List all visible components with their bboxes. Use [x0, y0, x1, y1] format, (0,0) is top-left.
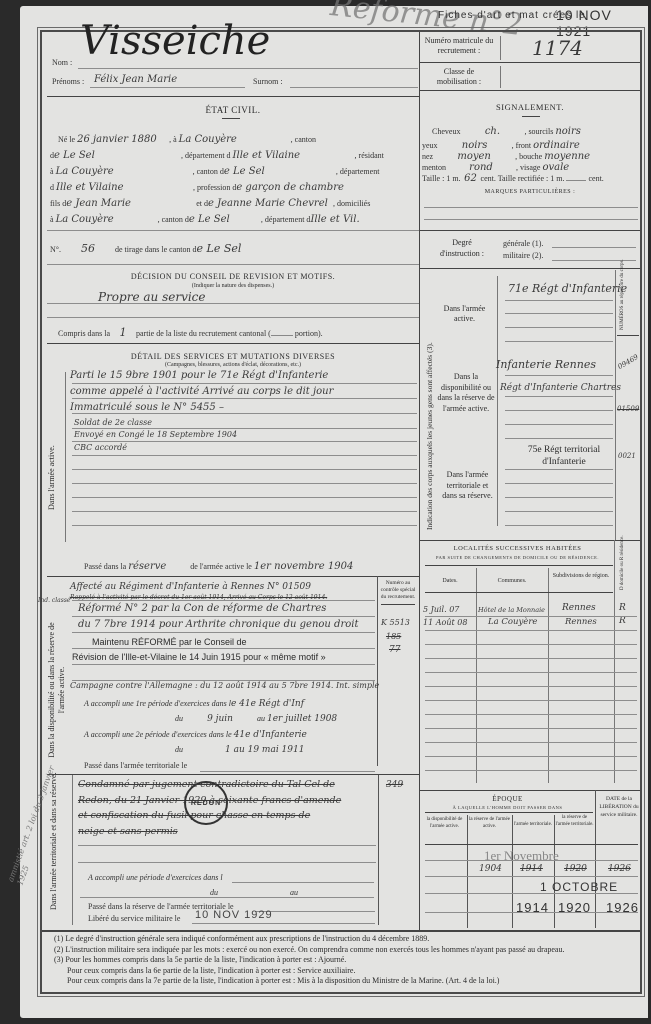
tirage-number: 56	[63, 242, 113, 255]
etat-civil-line-1: Né le 26 janvier 1880 , à La Couyère , c…	[58, 134, 316, 145]
localite-commune: La Couyère	[488, 617, 537, 627]
prenoms-value: Félix Jean Marie	[94, 74, 177, 85]
corps-side-label: Indication des corps auxquels les jeunes…	[425, 270, 434, 530]
periode1-dates: du 9 juin au 1er juillet 1908	[175, 714, 337, 724]
periode3-line: A accompli une période d'exercices dans …	[88, 873, 223, 882]
localites-col-communes: Communes.	[477, 578, 547, 584]
active-line: Immatriculé sous le N° 5455 –	[70, 402, 224, 413]
compris-line: Compris dans la 1 partie de la liste du …	[58, 326, 323, 339]
etat-civil-line-4: d Ille et Vilaine , profession de garçon…	[50, 182, 344, 193]
parents-domicile: La Couyère	[56, 214, 156, 225]
epoque-title: ÉPOQUE	[420, 795, 595, 803]
nom-label: Nom :	[52, 58, 72, 67]
epoque-row1-reserve-territoriale: 1920	[564, 864, 587, 874]
tirage-canton: e Le Sel	[197, 242, 242, 255]
epoque-col: la réserve de l'armée active.	[468, 817, 511, 830]
marques-label: MARQUES PARTICULIÈRES :	[420, 189, 640, 195]
taille-line: Taille : 1 m. 62 cent. Taille rectifiée …	[422, 173, 604, 184]
etat-civil-line-6: à La Couyère , canton de Le Sel , départ…	[50, 214, 360, 225]
corps-territoriale-value: 75e Régt territorial d'Infanterie	[516, 444, 612, 468]
tirage-line: N°. 56 de tirage dans le canton de Le Se…	[50, 242, 241, 255]
footnotes: (1) Le degré d'instruction générale sera…	[54, 934, 634, 987]
reserve-line: Affecté au Régiment d'Infanterie à Renne…	[70, 582, 311, 592]
corps-disponibilite-value: Infanterie Rennes	[496, 358, 596, 371]
cheveux-line: Cheveux ch. , sourcils noirs	[432, 126, 581, 137]
side-label-reserve: Dans la disponibilité ou dans la réserve…	[47, 620, 67, 760]
cheveux-value: ch.	[462, 126, 522, 137]
epoque-subtitle: À LAQUELLE L'HOMME DOIT PASSER DANS	[420, 805, 595, 810]
corps-active-label: Dans l'armée active.	[437, 304, 492, 324]
surnom-label: Surnom :	[253, 77, 283, 86]
periode2-du: 1 au 19 mai 1911	[225, 745, 304, 755]
footnote: (3) Pour les hommes compris dans la 5e p…	[54, 955, 634, 966]
menton-line: menton rond , visage ovale	[422, 162, 569, 173]
corps-disponibilite-label: Dans la disponibilité ou dans la réserve…	[436, 372, 496, 414]
passe-reserve-line: Passé dans la réserve de l'armée active …	[84, 561, 353, 572]
instruction-generale-label: générale (1).	[503, 239, 543, 248]
epoque-col: la réserve de l'armée territoriale.	[555, 815, 594, 828]
etat-civil-line-2: de Le Sel , département d Ille et Vilain…	[50, 150, 384, 161]
localite-commune: Hôtel de la Monnaie	[478, 606, 545, 614]
parents-departement: Ille et Vil.	[310, 214, 359, 225]
nom-value: Visseiche	[80, 18, 270, 64]
corps-number: 01509	[617, 405, 639, 413]
signalement-title: SIGNALEMENT.	[420, 102, 640, 112]
controle-header: Numéro au contrôle spécial du recrutemen…	[379, 580, 417, 601]
etat-civil-title: ÉTAT CIVIL.	[47, 105, 419, 115]
passe-value: réserve	[128, 561, 188, 572]
controle-territoriale-value: 349	[386, 780, 403, 790]
visage-value: ovale	[542, 162, 569, 173]
campagne-line: Campagne contre l'Allemagne : du 12 août…	[70, 681, 379, 690]
side-label-territoriale: Dans l'armée territoriale et dans sa rés…	[49, 770, 58, 910]
prenoms-label: Prénoms :	[52, 77, 84, 86]
numero-repertoire-label: NUMÉROS au répertoire du corps.	[620, 270, 625, 330]
sourcils-value: noirs	[555, 126, 581, 137]
periode3-au-label: au	[290, 888, 298, 897]
reserve-line: du 7 7bre 1914 pour Arthrite chronique d…	[78, 619, 358, 630]
epoque-col: la disponibilité de l'armée active.	[423, 817, 466, 830]
periode3-du-label: du	[210, 888, 218, 897]
epoque-stamp-month-1: 1er Novembre	[484, 848, 559, 864]
libere-date: 10 NOV 1929	[195, 909, 273, 921]
liberation-header: DATE de la LIBÉRATION du service militai…	[598, 795, 640, 819]
localites-col-dates: Dates.	[425, 578, 475, 584]
residence: La Couyère	[56, 166, 191, 177]
periode2-line: A accompli une 2e période d'exercices da…	[84, 730, 307, 740]
controle-value: 185	[386, 632, 401, 641]
bouche-value: moyenne	[544, 151, 590, 162]
taille-value: 62	[463, 173, 479, 184]
active-line: comme appelé à l'activité Arrivé au corp…	[70, 386, 333, 397]
footnote: (1) Le degré d'instruction générale sera…	[54, 934, 634, 945]
active-line: Parti le 15 9bre 1901 pour le 71e Régt d…	[70, 370, 328, 381]
parents-canton: e Le Sel	[189, 214, 259, 225]
matricule-label: Numéro matricule du recrutement :	[424, 36, 494, 56]
reserve-margin-note: Ind. classé	[38, 597, 70, 604]
periode1-du: 9 juin	[185, 714, 255, 724]
birth-place: La Couyère	[179, 134, 289, 145]
localite-subdivision: Rennes	[562, 603, 596, 613]
localites-col-subdivisions: Subdivisions de région.	[549, 572, 613, 580]
birth-date: 26 janvier 1880	[77, 134, 167, 145]
services-subtitle: (Campagnes, blessures, actions d'éclat, …	[47, 362, 419, 368]
court-stamp: REDON	[184, 781, 228, 825]
periode1-line: A accompli une 1re période d'exercices d…	[84, 699, 304, 709]
footnote: (2) L'instruction militaire sera indiqué…	[54, 945, 634, 956]
periode2-dates: du 1 au 19 mai 1911	[175, 745, 304, 755]
birth-canton: e Le Sel	[54, 150, 179, 161]
reserve-line: Maintenu RÉFORMÉ par le Conseil de	[92, 637, 247, 647]
epoque-row1-territoriale: 1914	[520, 864, 543, 874]
reserve-line: Révision de l'Ille-et-Vilaine le 14 Juin…	[72, 652, 326, 662]
corps-disponibilite-value: Régt d'Infanterie Chartres	[500, 383, 621, 393]
classe-label: Classe de mobilisation :	[424, 67, 494, 87]
matricule-value: 1174	[532, 36, 583, 60]
father-name: e Jean Marie	[66, 198, 194, 209]
decision-subtitle: (Indiquer la nature des dispenses.)	[47, 283, 419, 289]
passe-date: 1er novembre 1904	[254, 561, 353, 572]
partie-value: 1	[112, 326, 134, 339]
epoque-col: l'armée territoriale.	[513, 822, 553, 829]
condamnation-line: neige et sans permis	[78, 826, 178, 837]
decision-value: Propre au service	[98, 290, 206, 304]
active-line: Envoyé en Congé le 18 Septembre 1904	[74, 430, 237, 439]
court-stamp-text: REDON	[191, 800, 221, 807]
epoque-stamp-month-2: 1 OCTOBRE	[540, 880, 618, 894]
localite-type: R	[619, 603, 626, 613]
etat-civil-line-3: à La Couyère , canton de Le Sel , départ…	[50, 166, 379, 177]
passe-territoriale-line: Passé dans l'armée territoriale le	[84, 761, 187, 770]
footnote: Pour ceux compris dans la 6e partie de l…	[54, 966, 634, 977]
localite-date: 5 Juil. 07	[423, 605, 459, 614]
reserve-line: Réformé N° 2 par la Con de réforme de Ch…	[78, 603, 326, 614]
periode1-corps: e 41e Régt d'Inf	[231, 699, 304, 709]
services-title: DÉTAIL DES SERVICES ET MUTATIONS DIVERSE…	[47, 352, 419, 361]
localite-type: R	[619, 616, 626, 626]
libere-label: Libéré du service militaire le	[88, 914, 180, 923]
mother-name: e Jeanne Marie Chevrel	[208, 198, 333, 209]
yeux-value: noirs	[440, 140, 510, 151]
localite-subdivision: Rennes	[565, 617, 597, 627]
residence-canton: e Le Sel	[224, 166, 334, 177]
menton-value: rond	[448, 162, 514, 173]
controle-value: 77	[389, 645, 400, 655]
localites-col-type: D domicile ou R résidence.	[620, 550, 625, 590]
side-label-active: Dans l'armée active.	[47, 390, 56, 510]
epoque-row1-active: 1904	[479, 864, 502, 874]
epoque-row1-liberation: 1926	[608, 864, 631, 874]
active-line: Soldat de 2e classe	[74, 418, 152, 427]
footnote: Pour ceux compris dans la 7e partie de l…	[54, 976, 634, 987]
corps-territoriale-number: 0021	[618, 452, 636, 460]
periode2-corps: 41e d'Infanterie	[234, 730, 307, 740]
front-value: ordinaire	[533, 140, 580, 151]
periode1-au: 1er juillet 1908	[267, 714, 337, 724]
profession: e garçon de chambre	[236, 182, 344, 193]
corps-active-value: 71e Régt d'Infanterie	[508, 282, 627, 295]
instruction-militaire-label: militaire (2).	[503, 251, 543, 260]
decision-title: DÉCISION DU CONSEIL DE REVISION ET MOTIF…	[47, 272, 419, 281]
instruction-label: Degré d'instruction :	[432, 237, 492, 259]
localites-title: LOCALITÉS SUCCESSIVES HABITÉES	[420, 545, 615, 552]
birth-departement: Ille et Vilaine	[233, 150, 353, 161]
active-line: CBC accordé	[74, 443, 127, 452]
etat-civil-line-5: fils de Jean Marie et de Jeanne Marie Ch…	[50, 198, 370, 209]
controle-value: K 5513	[381, 618, 410, 627]
yeux-line: yeux noirs , front ordinaire	[422, 140, 580, 151]
residence-departement: Ille et Vilaine	[56, 182, 191, 193]
localites-subtitle: PAR SUITE DE CHANGEMENTS DE DOMICILE OU …	[420, 555, 615, 560]
nez-line: nez moyen , bouche moyenne	[422, 151, 590, 162]
corps-territoriale-label: Dans l'armée territoriale et dans sa rés…	[440, 470, 495, 502]
nez-value: moyen	[435, 151, 513, 162]
localite-date: 11 Août 08	[423, 618, 467, 627]
